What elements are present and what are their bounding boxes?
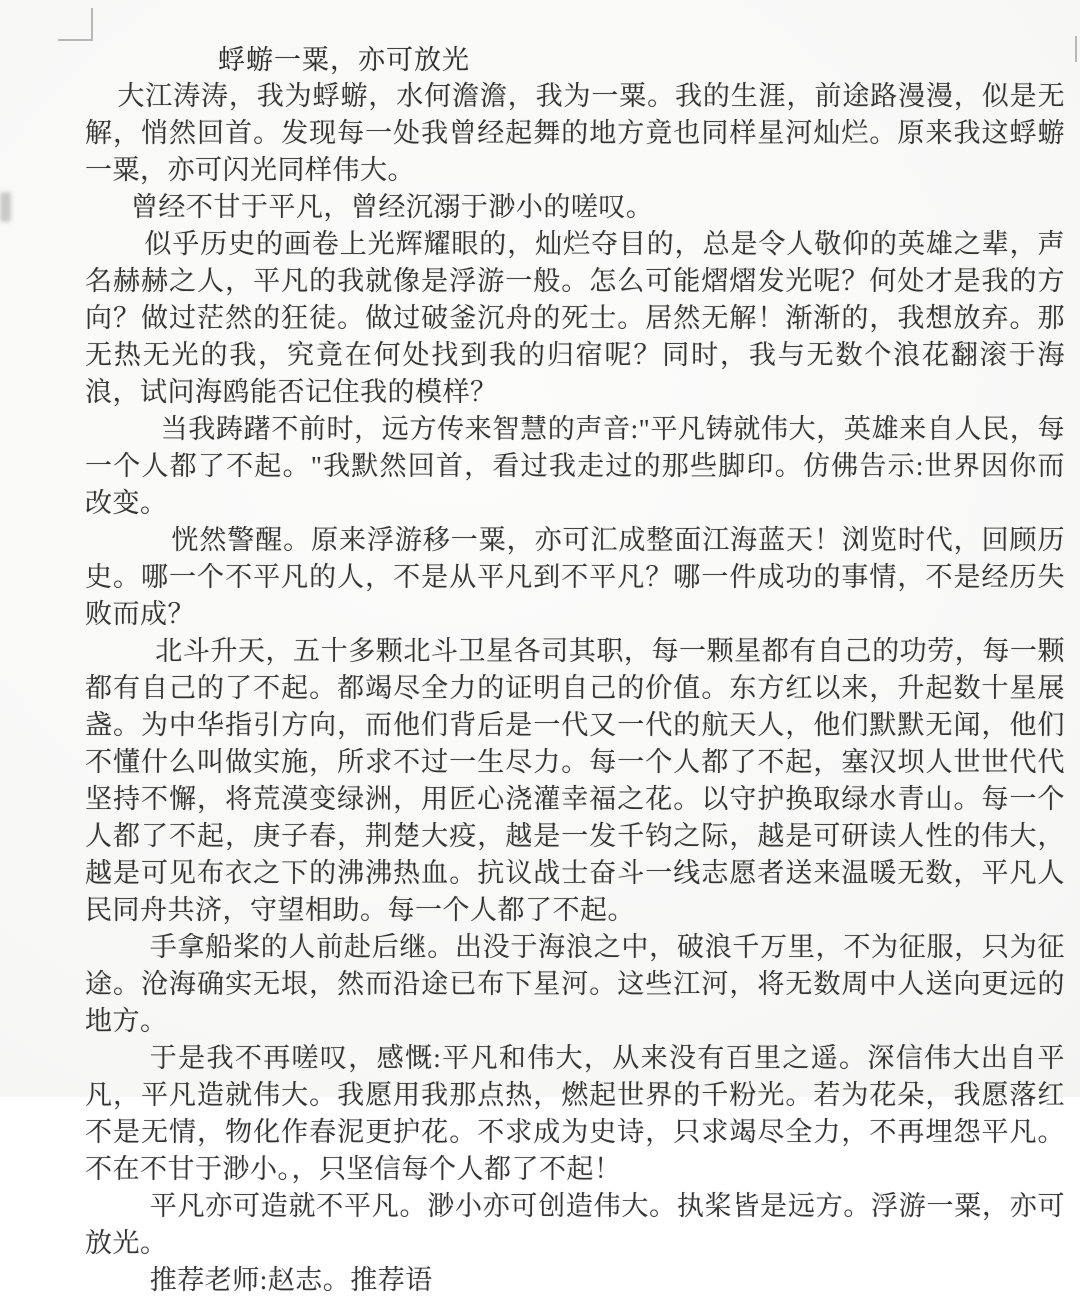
essay-title: 蜉蝣一粟，亦可放光 [218,38,470,77]
essay-paragraph: 于是我不再嗟叹，感慨:平凡和伟大，从来没有百里之遥。深信伟大出自平凡，平凡造就伟… [85,1040,1065,1097]
essay-paragraph: 北斗升天，五十多颗北斗卫星各司其职，每一颗星都有自己的功劳，每一颗都有自己的了不… [85,633,1065,929]
essay-paragraph: 恍然警醒。原来浮游移一粟，亦可汇成整面江海蓝天！浏览时代，回顾历史。哪一个不平凡… [85,522,1065,633]
essay-paragraph: 似乎历史的画卷上光辉耀眼的，灿烂夺目的，总是令人敬仰的英雄之辈，声名赫赫之人，平… [85,226,1065,411]
page-margin-edge-mark-icon [1075,36,1077,62]
essay-paragraph: 曾经不甘于平凡，曾经沉溺于渺小的嗟叹。 [85,189,1065,226]
scan-smudge [0,192,11,222]
essay-body: 大江涛涛，我为蜉蝣，水何澹澹，我为一粟。我的生涯，前途路漫漫，似是无解，悄然回首… [85,78,1065,1097]
page-margin-corner-mark-icon [58,8,93,41]
essay-paragraph: 手拿船桨的人前赴后继。出没于海浪之中，破浪千万里，不为征服，只为征途。沧海确实无… [85,929,1065,1040]
essay-paragraph: 大江涛涛，我为蜉蝣，水何澹澹，我为一粟。我的生涯，前途路漫漫，似是无解，悄然回首… [85,78,1065,189]
essay-paragraph: 当我踌躇不前时，远方传来智慧的声音:"平凡铸就伟大，英雄来自人民，每一个人都了不… [85,411,1065,522]
document-page: 蜉蝣一粟，亦可放光 大江涛涛，我为蜉蝣，水何澹澹，我为一粟。我的生涯，前途路漫漫… [0,0,1080,1097]
